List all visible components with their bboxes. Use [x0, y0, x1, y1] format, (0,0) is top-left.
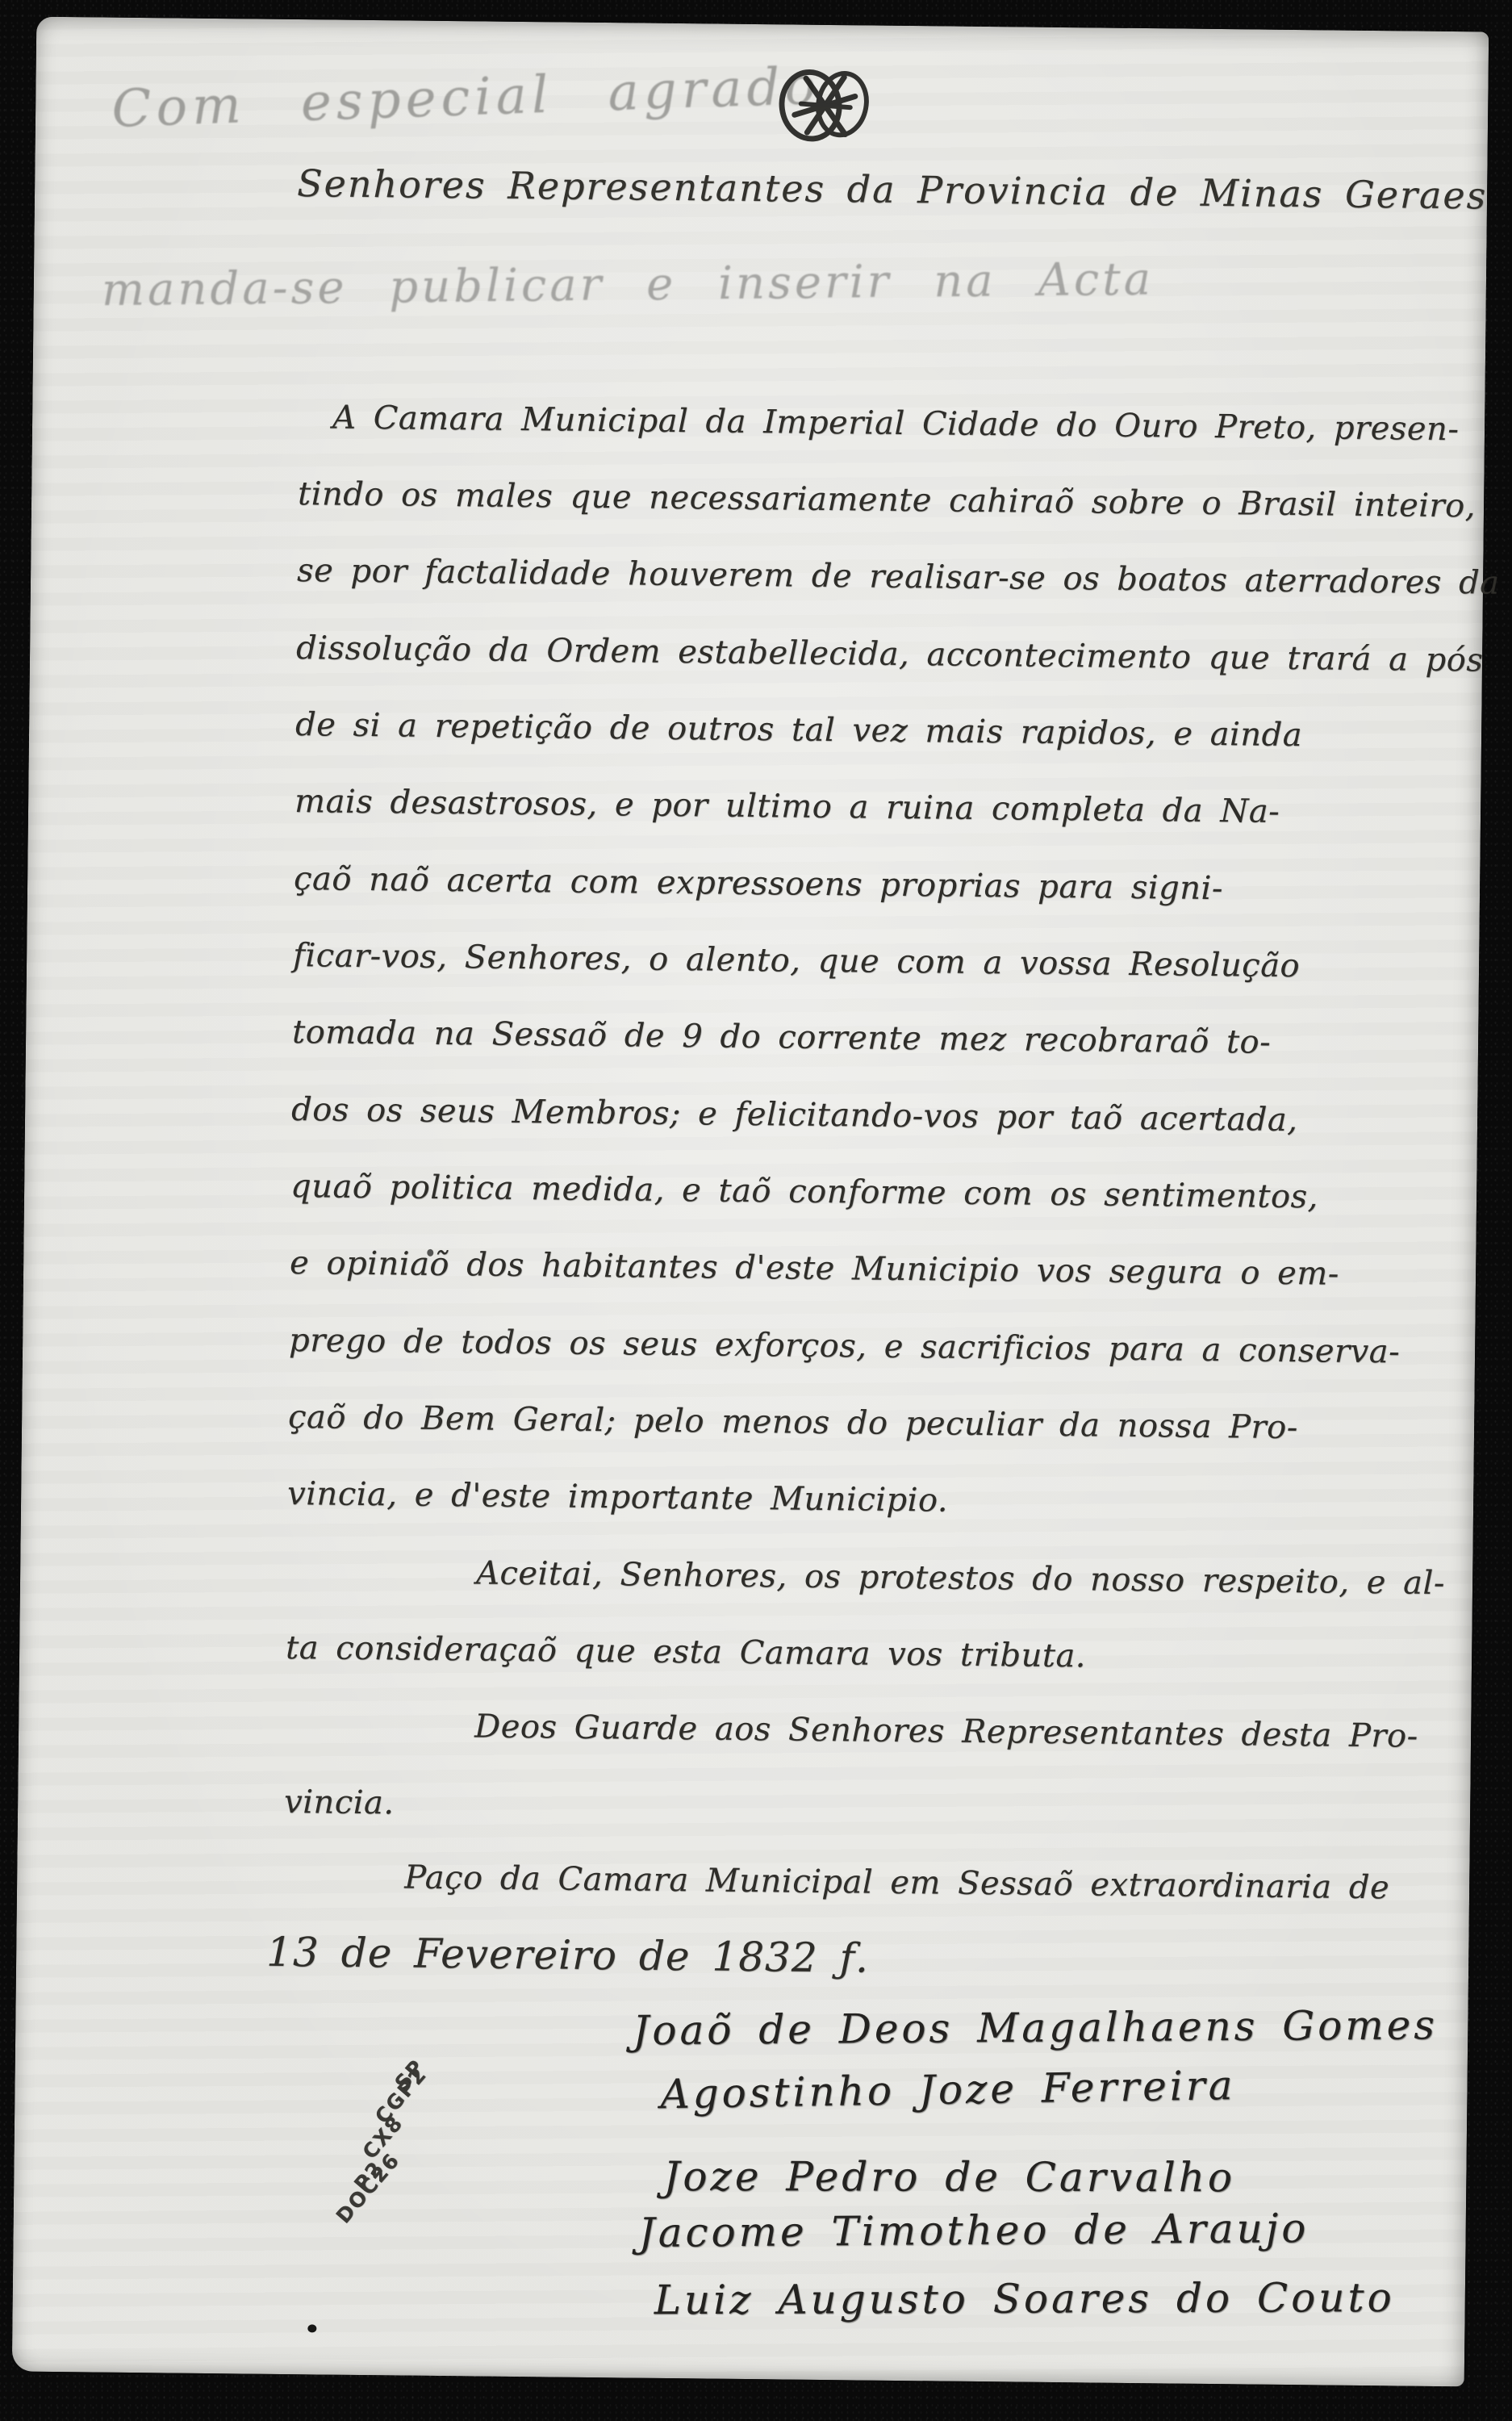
letter-heading: Senhores Representantes da Provincia de … — [297, 161, 1488, 217]
signature: Jacome Timotheo de Araujo — [638, 2205, 1309, 2256]
signature: Joze Pedro de Carvalho — [663, 2153, 1235, 2201]
asterisk-stamp-icon — [777, 63, 881, 148]
letter-line: se por factalidade houverem de realisar-… — [297, 552, 1500, 602]
ink-speck — [307, 2324, 316, 2332]
letter-line: dos os seus Membros; e felicitando-vos p… — [291, 1091, 1298, 1139]
document-paper: Com especial agrado Senhores Representan… — [12, 17, 1489, 2387]
letter-line: prego de todos os seus exforços, e sacri… — [289, 1322, 1400, 1370]
letter-line: e opiniaõ dos habitantes d'este Municipi… — [290, 1244, 1339, 1293]
letter-line: Aceitai, Senhores, os protestos do nosso… — [476, 1554, 1445, 1602]
letter-line: vincia, e d'este importante Municipio. — [287, 1475, 948, 1520]
letter-line: çaõ do Bem Geral; pelo menos do peculiar… — [288, 1399, 1298, 1446]
letter-line: mais desastrosos, e por ultimo a ruina c… — [294, 783, 1280, 830]
letter-date-line: 13 de Fevereiro de 1832 ƒ. — [266, 1929, 869, 1982]
pencil-note-top: Com especial agrado — [111, 56, 821, 140]
signature: Agostinho Joze Ferreira — [660, 2062, 1236, 2118]
letter-line: ficar-vos, Senhores, o alento, que com a… — [293, 937, 1300, 985]
letter-line: tomada na Sessaõ de 9 do corrente mez re… — [292, 1014, 1271, 1061]
letter-line: A Camara Municipal da Imperial Cidade do… — [332, 399, 1460, 449]
letter-line: Deos Guarde aos Senhores Representantes … — [474, 1708, 1418, 1754]
letter-line: dissolução da Ordem estabellecida, accon… — [296, 629, 1484, 679]
letter-line: ta consideraçaõ que esta Camara vos trib… — [286, 1629, 1086, 1675]
pencil-note-second: manda-se publicar e inserir na Acta — [102, 253, 1155, 317]
letter-line: quaõ politica medida, e taõ conforme com… — [290, 1168, 1318, 1215]
signature: Luiz Augusto Soares do Couto — [654, 2274, 1395, 2323]
letter-line: de si a repetição de outros tal vez mais… — [295, 706, 1302, 754]
signature: Joaõ de Deos Magalhaens Gomes — [633, 2001, 1438, 2054]
letter-line: Paço da Camara Municipal em Sessaõ extra… — [404, 1859, 1389, 1907]
letter-line: vincia. — [284, 1783, 395, 1821]
letter-line: tindo os males que necessariamente cahir… — [298, 475, 1476, 525]
letter-line: çaõ naõ acerta com expressoens proprias … — [294, 860, 1223, 907]
ink-speck — [427, 1249, 433, 1256]
scan-background: { "colors": { "background": "#0a0a0a", "… — [0, 0, 1512, 2421]
